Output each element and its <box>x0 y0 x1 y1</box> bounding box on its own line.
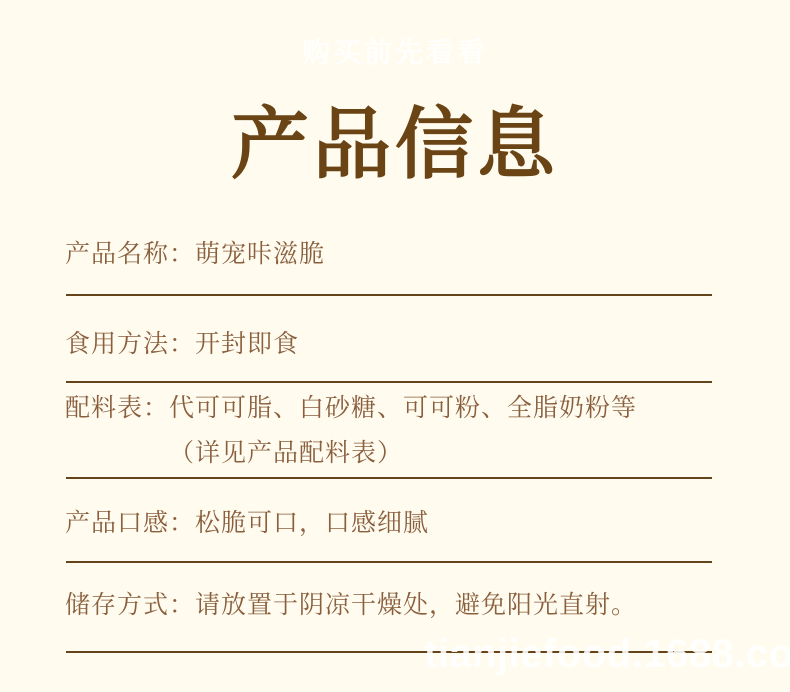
top-watermark-text: 购买前先看看 <box>0 31 790 71</box>
usage-method-value: 开封即食 <box>195 330 299 358</box>
bottom-watermark-text: tianjiefood.1688.com <box>424 632 790 677</box>
page-title: 产品信息 <box>0 82 790 194</box>
texture-label: 产品口感： <box>65 509 195 537</box>
ingredients-value-line1: 代可可脂、白砂糖、可可粉、全脂奶粉等 <box>169 395 637 421</box>
texture-row: 产品口感：松脆可口，口感细腻 <box>65 510 745 536</box>
texture-value: 松脆可口，口感细腻 <box>195 509 429 537</box>
divider <box>66 477 712 479</box>
ingredients-value-line2: （详见产品配料表） <box>169 440 637 466</box>
divider <box>66 561 712 563</box>
usage-method-label: 食用方法： <box>65 330 195 358</box>
divider <box>66 381 712 383</box>
ingredients-row: 配料表： 代可可脂、白砂糖、可可粉、全脂奶粉等 （详见产品配料表） <box>65 395 745 466</box>
storage-row: 储存方式：请放置于阴凉干燥处，避免阳光直射。 <box>65 592 745 618</box>
storage-label: 储存方式： <box>65 591 195 619</box>
product-name-label: 产品名称： <box>65 240 195 268</box>
usage-method-row: 食用方法：开封即食 <box>65 331 745 357</box>
ingredients-label: 配料表： <box>65 395 169 421</box>
product-name-row: 产品名称：萌宠咔滋脆 <box>65 241 745 267</box>
ingredients-value-column: 代可可脂、白砂糖、可可粉、全脂奶粉等 （详见产品配料表） <box>169 395 637 466</box>
product-info-page: 购买前先看看 产品信息 产品名称：萌宠咔滋脆 食用方法：开封即食 配料表： 代可… <box>0 0 790 692</box>
storage-value: 请放置于阴凉干燥处，避免阳光直射。 <box>195 591 637 619</box>
divider <box>66 294 712 296</box>
product-name-value: 萌宠咔滋脆 <box>195 240 325 268</box>
